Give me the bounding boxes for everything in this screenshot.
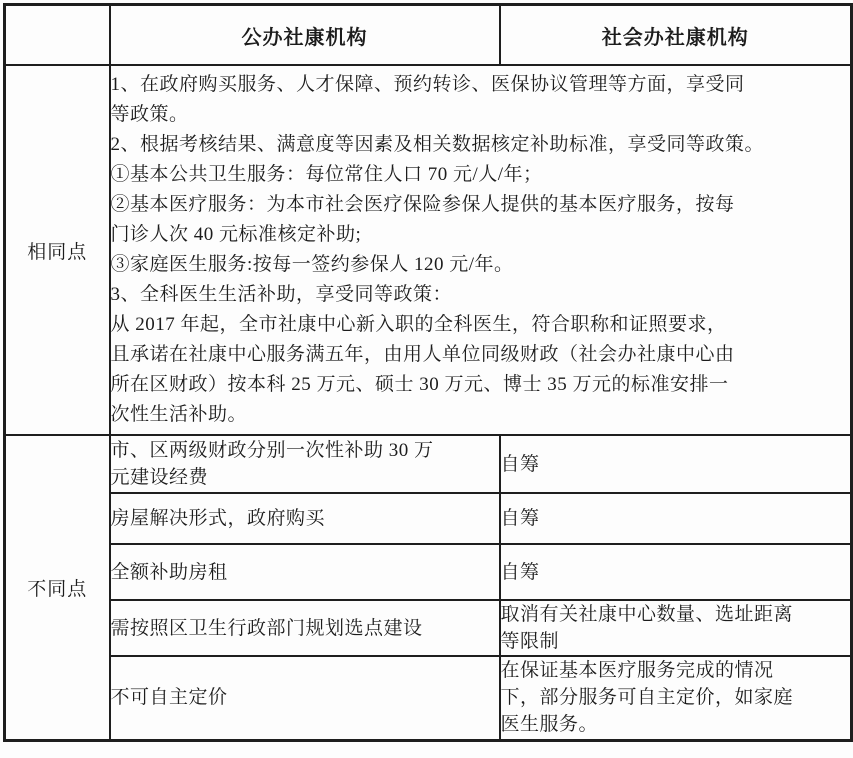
diff-social-site-planning: 取消有关社康中心数量、选址距离 等限制 <box>500 600 852 656</box>
diff-social-housing: 自筹 <box>500 493 852 544</box>
header-corner-cell <box>5 5 110 66</box>
same-points-content: 1、在政府购买服务、人才保障、预约转诊、医保协议管理等方面，享受同 等政策。 2… <box>110 65 852 435</box>
diff-social-construction-funding: 自筹 <box>500 435 852 493</box>
same-points-row: 相同点 1、在政府购买服务、人才保障、预约转诊、医保协议管理等方面，享受同 等政… <box>5 65 852 435</box>
diff-row-rent-subsidy: 全额补助房租 自筹 <box>5 544 852 600</box>
diff-public-pricing: 不可自主定价 <box>110 656 500 740</box>
same-points-label: 相同点 <box>5 65 110 435</box>
diff-public-housing: 房屋解决形式，政府购买 <box>110 493 500 544</box>
diff-social-rent-subsidy: 自筹 <box>500 544 852 600</box>
diff-points-label: 不同点 <box>5 435 110 740</box>
diff-social-pricing: 在保证基本医疗服务完成的情况 下，部分服务可自主定价，如家庭 医生服务。 <box>500 656 852 740</box>
diff-row-site-planning: 需按照区卫生行政部门规划选点建设 取消有关社康中心数量、选址距离 等限制 <box>5 600 852 656</box>
diff-public-site-planning: 需按照区卫生行政部门规划选点建设 <box>110 600 500 656</box>
header-social-institutions: 社会办社康机构 <box>500 5 852 66</box>
comparison-table: 公办社康机构 社会办社康机构 相同点 1、在政府购买服务、人才保障、预约转诊、医… <box>3 3 853 742</box>
diff-public-construction-funding: 市、区两级财政分别一次性补助 30 万 元建设经费 <box>110 435 500 493</box>
diff-row-pricing: 不可自主定价 在保证基本医疗服务完成的情况 下，部分服务可自主定价，如家庭 医生… <box>5 656 852 740</box>
diff-public-rent-subsidy: 全额补助房租 <box>110 544 500 600</box>
header-row: 公办社康机构 社会办社康机构 <box>5 5 852 66</box>
header-public-institutions: 公办社康机构 <box>110 5 500 66</box>
diff-row-construction-funding: 不同点 市、区两级财政分别一次性补助 30 万 元建设经费 自筹 <box>5 435 852 493</box>
diff-row-housing: 房屋解决形式，政府购买 自筹 <box>5 493 852 544</box>
